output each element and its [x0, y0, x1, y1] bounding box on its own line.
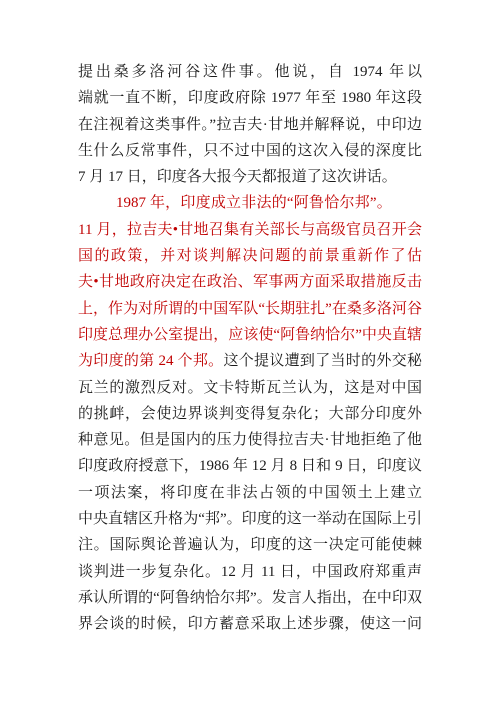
text-line: 提出桑多洛河谷这件事。他说，自 1974 年以来，“这种边界争 — [78, 59, 422, 85]
text-line: 界会谈的时候，印方蓄意采取上述步骤，使这一问题更加复杂化。 — [78, 611, 422, 637]
text-line: 端就一直不断，印度政府除 1977 年至 1980 年这段时间外，一直 — [78, 85, 422, 111]
text-line: 生什么反常事件，只不过中国的这次入侵的深度比以前深了些。 — [78, 138, 422, 164]
highlighted-text-run: 1987 年，印度成立非法的“阿鲁恰尔邦”。 — [116, 195, 392, 211]
text-line: 印度总理办公室提出，应该使“阿鲁纳恰尔”中央直辖区正式成 — [78, 322, 422, 348]
text-line: 瓦兰的激烈反对。文卡特斯瓦兰认为，这是对中国进行的不必要 — [78, 375, 422, 401]
text-gap-spacer — [392, 206, 422, 207]
text-line: 的挑衅，会使边界谈判变得复杂化；大部分印度外交官都同意这 — [78, 401, 422, 427]
highlighted-text-run: 11 月，拉吉夫•甘地召集有关部长与高级官员召开会议研究对中 — [78, 222, 422, 243]
text-line: 国的政策，并对谈判解决问题的前景重新作了估价。随后，拉吉 — [78, 243, 422, 269]
highlighted-text-run: 国的政策，并对谈判解决问题的前景重新作了估价。随后，拉吉 — [78, 248, 422, 269]
text-line: 注。国际舆论普遍认为，印度的这一决定可能使棘手的中印边境 — [78, 532, 422, 558]
body-text-run: 提出桑多洛河谷这件事。他说，自 1974 年以来，“这种边界争 — [78, 64, 422, 85]
text-line: 上，作为对所谓的中国军队“长期驻扎”在桑多洛河谷的回击。 — [78, 296, 422, 322]
body-text-run: 承认所谓的“阿鲁纳恰尔邦”。发言人指出，在中印双方进行边 — [78, 590, 422, 611]
text-line: 夫•甘地政府决定在政治、军事两方面采取措施反击中国。政治 — [78, 269, 422, 295]
document-text-block: 提出桑多洛河谷这件事。他说，自 1974 年以来，“这种边界争端就一直不断，印度… — [78, 59, 422, 638]
body-text-run: 7 月 17 日，印度各大报今天都报道了这次讲话。 — [78, 169, 397, 185]
text-line: 1987 年，印度成立非法的“阿鲁恰尔邦”。1986 年 — [78, 190, 422, 216]
body-text-run: 界会谈的时候，印方蓄意采取上述步骤，使这一问题更加复杂化。 — [78, 616, 422, 637]
text-line: 承认所谓的“阿鲁纳恰尔邦”。发言人指出，在中印双方进行边 — [78, 585, 422, 611]
body-text-run: 中央直辖区升格为“邦”。印度的这一举动在国际上引起广泛关 — [78, 511, 422, 532]
text-line: 印度政府授意下，1986 年 12 月 8 日和 9 日，印度议会两院通过 — [78, 453, 422, 479]
highlighted-text-run: 上，作为对所谓的中国军队“长期驻扎”在桑多洛河谷的回击。 — [78, 301, 422, 322]
highlighted-text-run: 印度总理办公室提出，应该使“阿鲁纳恰尔”中央直辖区正式成 — [78, 327, 422, 348]
highlighted-text-run: 为印度的第 24 个邦。 — [78, 353, 223, 369]
document-page: 提出桑多洛河谷这件事。他说，自 1974 年以来，“这种边界争端就一直不断，印度… — [0, 0, 500, 707]
body-text-run: 注。国际舆论普遍认为，印度的这一决定可能使棘手的中印边境 — [78, 537, 422, 558]
text-line: 中央直辖区升格为“邦”。印度的这一举动在国际上引起广泛关 — [78, 506, 422, 532]
text-line: 种意见。但是国内的压力使得拉吉夫·甘地拒绝了他的劝告。在 — [78, 427, 422, 453]
text-line: 谈判进一步复杂化。12 月 11 日，中国政府郑重声明，中国绝不 — [78, 559, 422, 585]
text-line: 11 月，拉吉夫•甘地召集有关部长与高级官员召开会议研究对中 — [78, 217, 422, 243]
body-text-run: 印度政府授意下，1986 年 12 月 8 日和 9 日，印度议会两院通过 — [78, 458, 422, 479]
body-text-run: 生什么反常事件，只不过中国的这次入侵的深度比以前深了些。 — [78, 143, 422, 164]
body-text-run: 瓦兰的激烈反对。文卡特斯瓦兰认为，这是对中国进行的不必要 — [78, 380, 422, 401]
body-text-run: 谈判进一步复杂化。12 月 11 日，中国政府郑重声明，中国绝不 — [78, 564, 422, 585]
body-text-run: 端就一直不断，印度政府除 1977 年至 1980 年这段时间外，一直 — [78, 90, 422, 111]
highlighted-text-run: 夫•甘地政府决定在政治、军事两方面采取措施反击中国。 — [78, 274, 422, 295]
text-line: 一项法案，将印度在非法占领的中国领土上建立的“阿鲁纳恰尔” — [78, 480, 422, 506]
body-text-run: 在注视着这类事件。”拉吉夫·甘地并解释说，中印边界并未发 — [78, 117, 422, 138]
text-line: 7 月 17 日，印度各大报今天都报道了这次讲话。 — [78, 164, 422, 190]
body-text-run: 种意见。但是国内的压力使得拉吉夫·甘地拒绝了他的劝告。在 — [78, 432, 422, 453]
body-text-run: 一项法案，将印度在非法占领的中国领土上建立的“阿鲁纳恰尔” — [78, 485, 422, 506]
text-line: 在注视着这类事件。”拉吉夫·甘地并解释说，中印边界并未发 — [78, 112, 422, 138]
body-text-run: 的挑衅，会使边界谈判变得复杂化；大部分印度外交官都同意这 — [78, 406, 422, 427]
text-line: 为印度的第 24 个邦。这个提议遭到了当时的外交秘书文卡特斯 — [78, 348, 422, 374]
